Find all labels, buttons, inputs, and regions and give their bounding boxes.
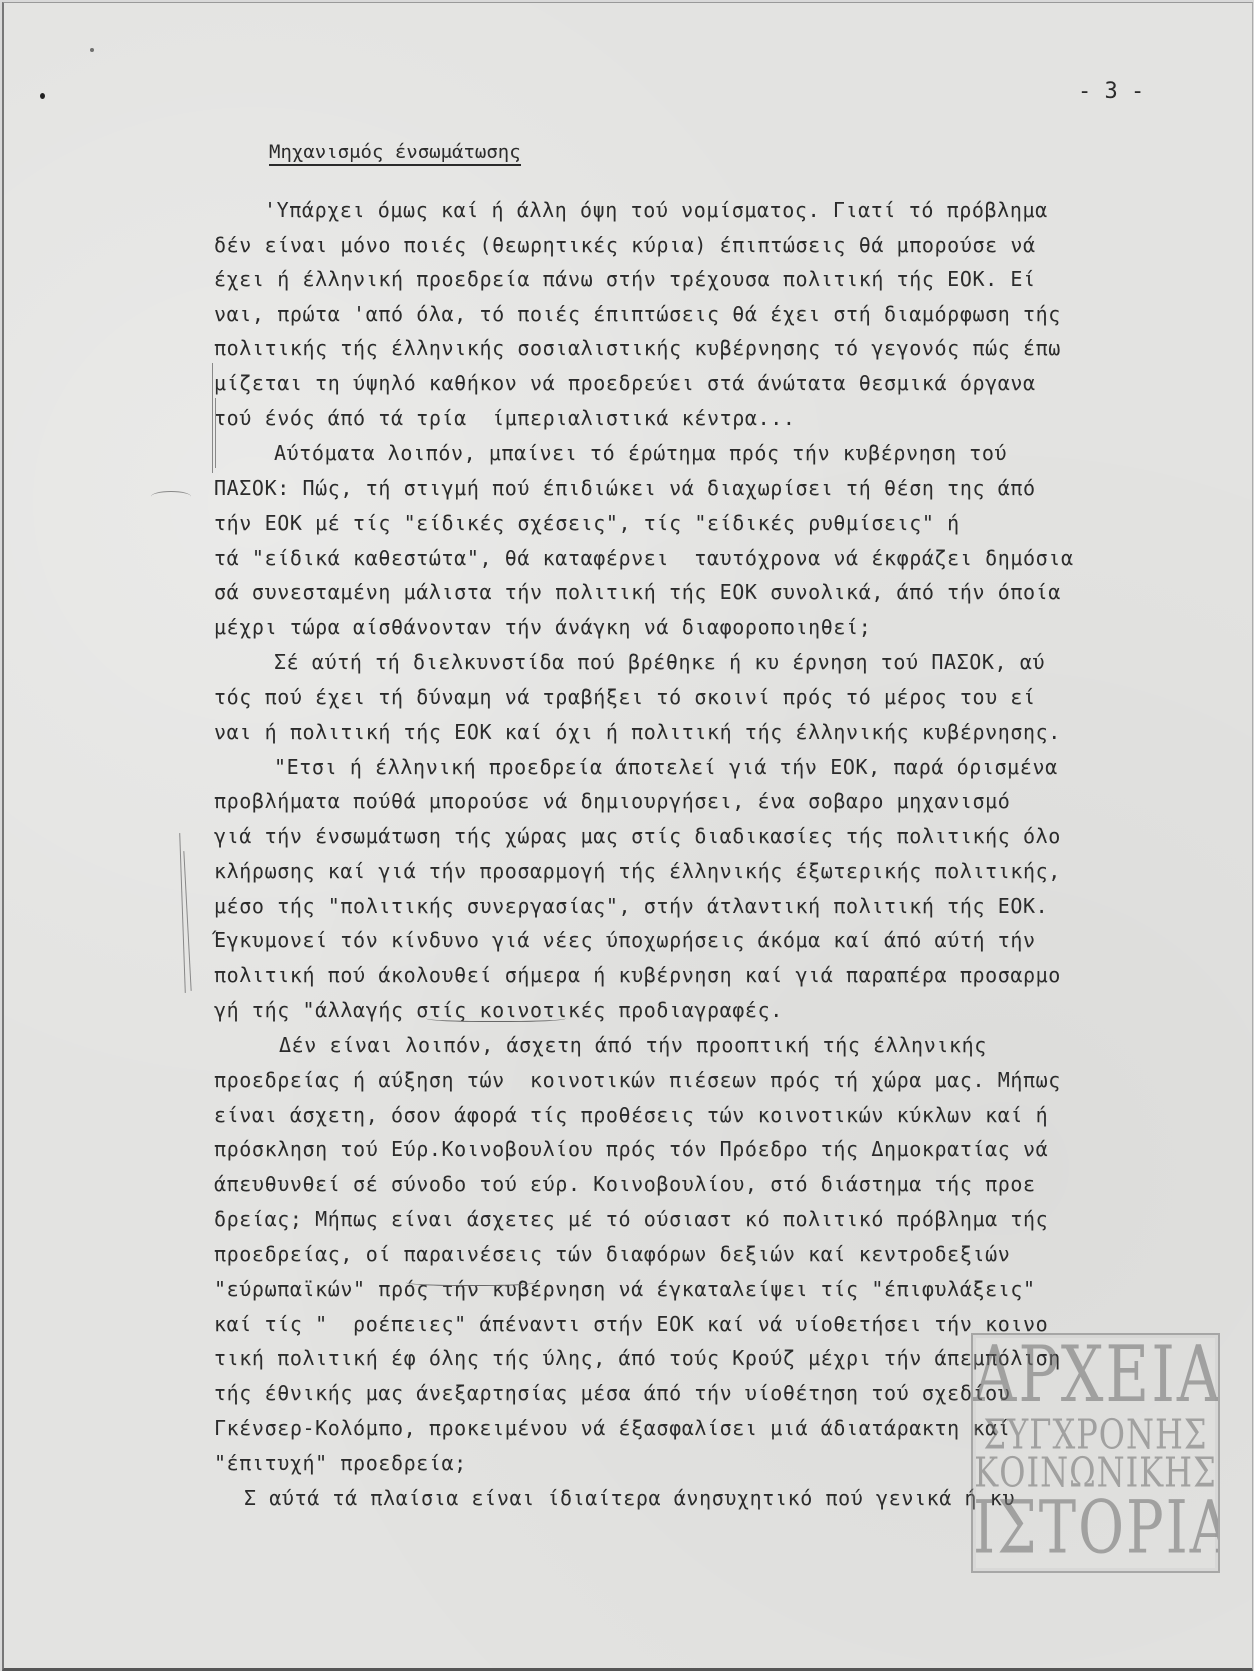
text-line: σά συνεσταμένη μάλιστα τήν πολιτική τής … (214, 580, 1061, 604)
text-line: προεδρείας ή αύξηση τών κοινοτικών πιέσε… (214, 1068, 1061, 1092)
ink-speck (90, 48, 94, 52)
text-line: καί τίς " ροέπειες" άπέναντι στήν ΕΟΚ κα… (214, 1312, 1048, 1336)
text-line: Αύτόματα λοιπόν, μπαίνει τό έρώτημα πρός… (274, 441, 1007, 465)
text-line: άπευθυνθεί σέ σύνοδο τού εύρ. Κοινοβουλί… (214, 1172, 1036, 1196)
text-line: δρείας; Μήπως είναι άσχετες μέ τό ούσιασ… (214, 1207, 1048, 1231)
text-line: "εύρωπαϊκών" πρός τήν κυβέρνηση νά έγκατ… (214, 1277, 1036, 1301)
text-line: ΠΑΣΟΚ: Πώς, τή στιγμή πού έπιδιώκει νά δ… (214, 476, 1036, 500)
text-line: "Ετσι ή έλληνική προεδρεία άποτελεί γιά … (274, 755, 1058, 779)
stamp-line: ΙΣΤΟΡΙΑΣ (973, 1490, 1218, 1568)
text-line: έχει ή έλληνική προεδρεία πάνω στήν τρέχ… (214, 267, 1036, 291)
text-line: πολιτικής τής έλληνικής σοσιαλιστικής κυ… (214, 336, 1061, 360)
margin-pencil-mark (215, 398, 216, 468)
handwritten-underline (426, 1013, 566, 1022)
text-line: ναι, πρώτα 'από όλα, τό ποιές έπιπτώσεις… (214, 302, 1061, 326)
text-line: "έπιτυχή" προεδρεία; (214, 1451, 467, 1475)
ink-speck (40, 93, 45, 99)
text-line: προεδρείας, οί παραινέσεις τών διαφόρων … (214, 1242, 1010, 1266)
text-line: κλήρωσης καί γιά τήν προσαρμογή τής έλλη… (214, 859, 1061, 883)
text-line: Σ αύτά τά πλαίσια είναι ίδιαίτερα άνησυχ… (244, 1486, 1015, 1510)
margin-pencil-curve (151, 491, 191, 502)
text-line: είναι άσχετη, όσον άφορά τίς προθέσεις τ… (214, 1103, 1048, 1127)
text-line: γιά τήν ένσωμάτωση τής χώρας μας στίς δι… (214, 824, 1061, 848)
margin-bracket-mark (179, 833, 186, 993)
page-number: - 3 - (1078, 79, 1144, 104)
text-line: ναι ή πολιτική τής ΕΟΚ καί όχι ή πολιτικ… (214, 720, 1061, 744)
text-line: τού ένός άπό τά τρία ίμπεριαλιστικά κέντ… (214, 406, 796, 430)
text-line: 'Υπάρχει όμως καί ή άλλη όψη τού νομίσμα… (264, 198, 1048, 222)
text-line: μίζεται τη ύψηλό καθήκον νά προεδρεύει σ… (214, 371, 1036, 395)
text-line: τική πολιτική έφ όλης τής ύλης, άπό τούς… (214, 1346, 1061, 1370)
stamp-line: ΑΡΧΕΙΑ (973, 1333, 1218, 1416)
text-line: μέχρι τώρα αίσθάνονταν τήν άνάγκη νά δια… (214, 615, 871, 639)
text-line: πολιτική πού άκολουθεί σήμερα ή κυβέρνησ… (214, 963, 1061, 987)
text-line: τής έθνικής μας άνεξαρτησίας μέσα άπό τή… (214, 1381, 1010, 1405)
text-line: τήν ΕΟΚ μέ τίς "είδικές σχέσεις", τίς "ε… (214, 511, 960, 535)
section-heading: Μηχανισμός ένσωμάτωσης (269, 141, 521, 166)
text-line: μέσο τής "πολιτικής συνεργασίας", στήν ά… (214, 894, 1048, 918)
handwritten-underline (406, 1277, 536, 1286)
text-line: προβλήματα πούθά μπορούσε νά δημιουργήσε… (214, 789, 1010, 813)
text-line: τός πού έχει τή δύναμη νά τραβήξει τό σκ… (214, 685, 1036, 709)
text-line: Γκένσερ-Κολόμπο, προκειμένου νά έξασφαλί… (214, 1416, 1010, 1440)
text-line: τά "είδικά καθεστώτα", θά καταφέρνει ταυ… (214, 546, 1074, 570)
document-page: - 3 - Μηχανισμός ένσωμάτωσης 'Υπάρχει όμ… (2, 2, 1253, 1671)
text-line: δέν είναι μόνο ποιές (θεωρητικές κύρια) … (214, 233, 1036, 257)
text-line: πρόσκληση τού Εύρ.Κοινοβουλίου πρός τόν … (214, 1137, 1048, 1161)
text-line: Σέ αύτή τή διελκυνστίδα πού βρέθηκε ή κυ… (274, 650, 1045, 674)
text-line: Δέν είναι λοιπόν, άσχετη άπό τήν προοπτι… (279, 1033, 987, 1057)
margin-pencil-mark (212, 363, 213, 473)
archive-watermark-stamp: ΑΡΧΕΙΑ ΣΥΓΧΡΟΝΗΣ ΚΟΙΝΩΝΙΚΗΣ ΙΣΤΟΡΙΑΣ (971, 1333, 1220, 1573)
text-line: Έγκυμονεί τόν κίνδυνο γιά νέες ύποχωρήσε… (214, 928, 1036, 952)
